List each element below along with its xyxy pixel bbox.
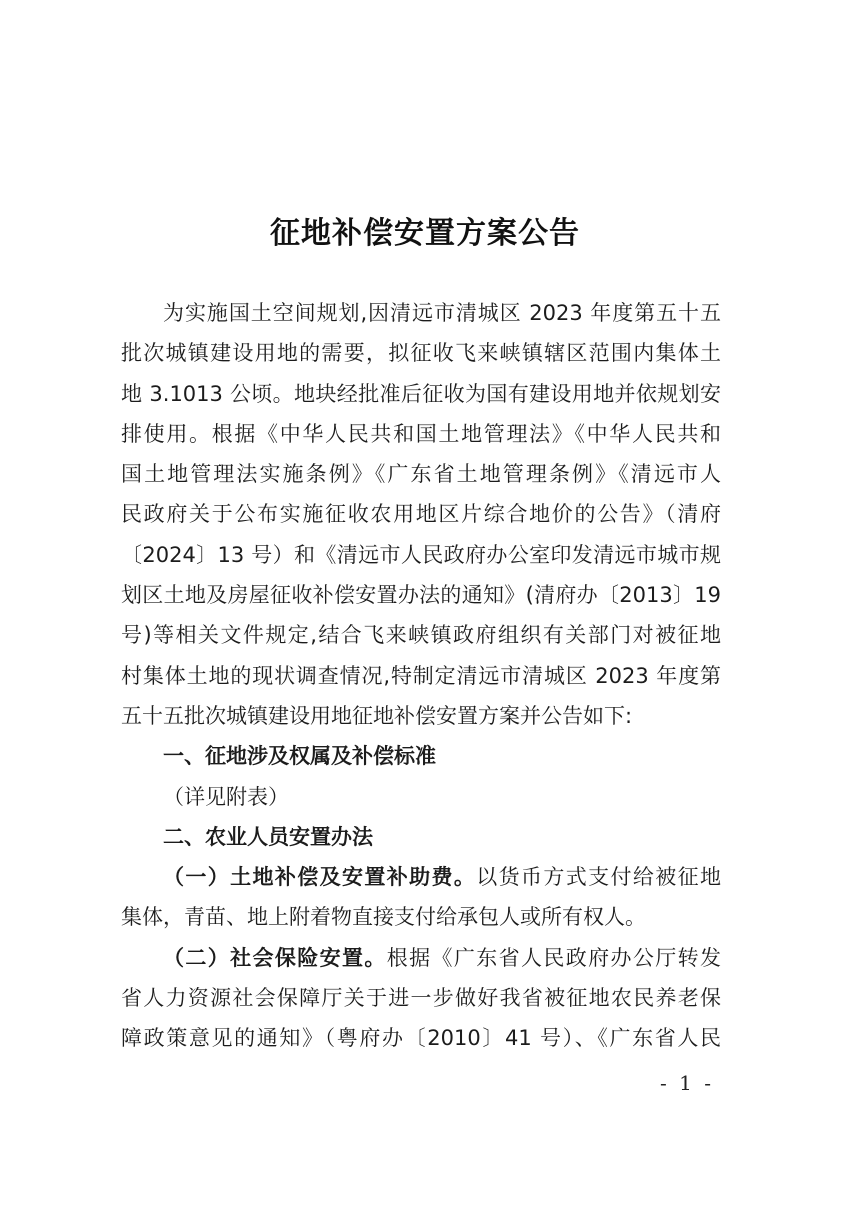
- paragraph-line: 五十五批次城镇建设用地征地补偿安置方案并公告如下:: [121, 696, 721, 736]
- paragraph-line: 划区土地及房屋征收补偿安置办法的通知》(清府办〔2013〕19: [121, 575, 721, 615]
- paragraph-line: 省人力资源社会保障厅关于进一步做好我省被征地农民养老保: [121, 978, 721, 1018]
- subsection-2-line: （二）社会保险安置。根据《广东省人民政府办公厅转发: [121, 938, 721, 978]
- paragraph-line: 〔2024〕13 号）和《清远市人民政府办公室印发清远市城市规: [121, 535, 721, 575]
- paragraph-line: 号)等相关文件规定,结合飞来峡镇政府组织有关部门对被征地: [121, 615, 721, 655]
- document-body: 为实施国土空间规划,因清远市清城区 2023 年度第五十五 批次城镇建设用地的需…: [121, 293, 721, 1059]
- paragraph-line: 为实施国土空间规划,因清远市清城区 2023 年度第五十五: [121, 293, 721, 333]
- paragraph-line: 地 3.1013 公顷。地块经批准后征收为国有建设用地并依规划安: [121, 374, 721, 414]
- paragraph-line: 排使用。根据《中华人民共和国土地管理法》《中华人民共和: [121, 414, 721, 454]
- subsection-1-text: 以货币方式支付给被征地: [476, 865, 721, 889]
- section-heading-1: 一、征地涉及权属及补偿标准: [121, 736, 721, 776]
- page-number: - 1 -: [660, 1071, 714, 1095]
- paragraph-line: 集体，青苗、地上附着物直接支付给承包人或所有权人。: [121, 897, 721, 937]
- document-page: 征地补偿安置方案公告 为实施国土空间规划,因清远市清城区 2023 年度第五十五…: [0, 0, 850, 1219]
- section-note: （详见附表）: [121, 777, 721, 817]
- subsection-2-label: （二）社会保险安置。: [163, 946, 387, 970]
- paragraph-line: 障政策意见的通知》（粤府办〔2010〕41 号）、《广东省人民: [121, 1018, 721, 1058]
- paragraph-line: 批次城镇建设用地的需要，拟征收飞来峡镇辖区范围内集体土: [121, 333, 721, 373]
- document-title: 征地补偿安置方案公告: [0, 208, 850, 252]
- subsection-2-text: 根据《广东省人民政府办公厅转发: [387, 946, 721, 970]
- paragraph-line: 村集体土地的现状调查情况,特制定清远市清城区 2023 年度第: [121, 656, 721, 696]
- paragraph-line: 民政府关于公布实施征收农用地区片综合地价的公告》（清府: [121, 494, 721, 534]
- subsection-1-label: （一）土地补偿及安置补助费。: [163, 865, 476, 889]
- subsection-1-line: （一）土地补偿及安置补助费。以货币方式支付给被征地: [121, 857, 721, 897]
- section-heading-2: 二、农业人员安置办法: [121, 817, 721, 857]
- paragraph-line: 国土地管理法实施条例》《广东省土地管理条例》《清远市人: [121, 454, 721, 494]
